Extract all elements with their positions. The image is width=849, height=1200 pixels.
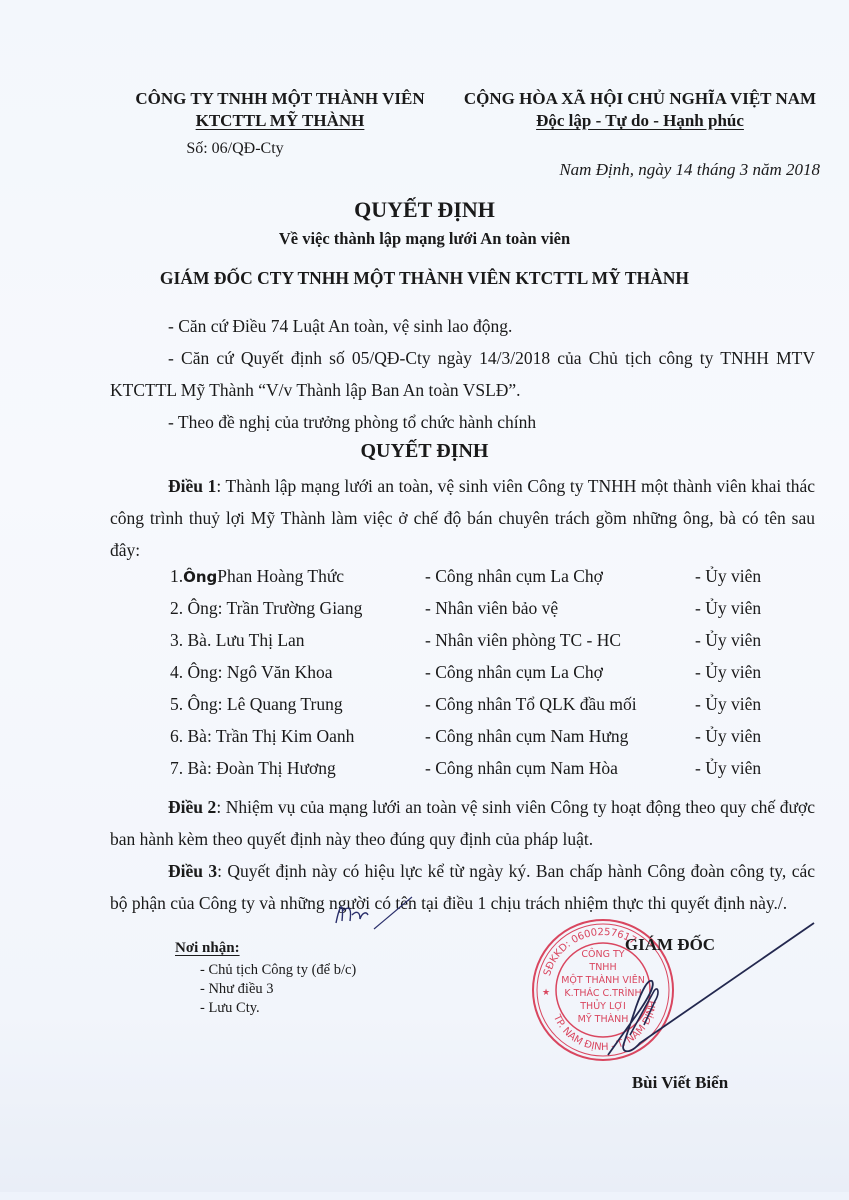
recipient-item: - Như điều 3 [200, 981, 274, 998]
basis-3: - Theo đề nghị của trưởng phòng tổ chức … [110, 406, 815, 438]
member-row: 6. Bà: Trần Thị Kim Oanh- Công nhân cụm … [170, 726, 810, 758]
doc-number: Số: 06/QĐ-Cty [100, 140, 370, 158]
member-role: - Ủy viên [695, 662, 761, 683]
member-name: 4. Ông: Ngô Văn Khoa [170, 662, 333, 683]
member-position: - Công nhân cụm Nam Hưng [425, 726, 628, 747]
member-position: - Công nhân Tổ QLK đầu mối [425, 694, 637, 715]
member-row: 3. Bà. Lưu Thị Lan- Nhân viên phòng TC -… [170, 630, 810, 662]
member-position: - Công nhân cụm La Chợ [425, 662, 603, 683]
member-row: 7. Bà: Đoàn Thị Hương- Công nhân cụm Nam… [170, 758, 810, 790]
place-date: Nam Định, ngày 14 tháng 3 năm 2018 [460, 160, 820, 180]
article-3-label: Điều 3 [168, 861, 217, 881]
member-row: 1.ÔngPhan Hoàng Thức- Công nhân cụm La C… [170, 566, 810, 598]
member-name: 1.ÔngPhan Hoàng Thức [170, 566, 344, 587]
article-1: Điều 1: Thành lập mạng lưới an toàn, vệ … [110, 470, 815, 566]
recipients-title: Nơi nhận: [175, 940, 240, 957]
member-role: - Ủy viên [695, 566, 761, 587]
member-role: - Ủy viên [695, 758, 761, 779]
article-2-label: Điều 2 [168, 797, 216, 817]
national-motto: Độc lập - Tự do - Hạnh phúc [440, 110, 840, 132]
member-role: - Ủy viên [695, 694, 761, 715]
decision-heading: QUYẾT ĐỊNH [0, 440, 849, 463]
member-name: 2. Ông: Trần Trường Giang [170, 598, 362, 619]
document-page: CÔNG TY TNHH MỘT THÀNH VIÊN KTCTTL MỸ TH… [0, 0, 849, 1192]
member-row: 2. Ông: Trần Trường Giang- Nhân viên bảo… [170, 598, 810, 630]
document-subject: Về việc thành lập mạng lưới An toàn viên [0, 229, 849, 249]
article-2-text: : Nhiệm vụ của mạng lưới an toàn vệ sinh… [110, 797, 815, 849]
basis-1: - Căn cứ Điều 74 Luật An toàn, vệ sinh l… [110, 310, 815, 342]
document-title: QUYẾT ĐỊNH [0, 197, 849, 223]
issuer-title: GIÁM ĐỐC CTY TNHH MỘT THÀNH VIÊN KTCTTL … [0, 268, 849, 289]
member-position: - Nhân viên phòng TC - HC [425, 630, 621, 651]
member-name: 3. Bà. Lưu Thị Lan [170, 630, 305, 651]
nation-name: CỘNG HÒA XÃ HỘI CHỦ NGHĨA VIỆT NAM [440, 88, 840, 110]
svg-text:★: ★ [542, 988, 550, 998]
initial-signature-icon [330, 893, 420, 933]
member-name: 5. Ông: Lê Quang Trung [170, 694, 343, 715]
org-name-line2: KTCTTL MỸ THÀNH [100, 110, 460, 132]
nation-header: CỘNG HÒA XÃ HỘI CHỦ NGHĨA VIỆT NAM Độc l… [440, 88, 840, 132]
member-name: 7. Bà: Đoàn Thị Hương [170, 758, 336, 779]
article-3: Điều 3: Quyết định này có hiệu lực kể từ… [110, 855, 815, 919]
article-1-label: Điều 1 [168, 476, 216, 496]
member-position: - Nhân viên bảo vệ [425, 598, 558, 619]
director-signature-icon [600, 915, 820, 1065]
member-row: 5. Ông: Lê Quang Trung- Công nhân Tổ QLK… [170, 694, 810, 726]
member-position: - Công nhân cụm Nam Hòa [425, 758, 618, 779]
signer-name: Bùi Viết Biển [600, 1073, 760, 1093]
article-1-text: : Thành lập mạng lưới an toàn, vệ sinh v… [110, 476, 815, 560]
member-role: - Ủy viên [695, 598, 761, 619]
member-role: - Ủy viên [695, 630, 761, 651]
basis-2: - Căn cứ Quyết định số 05/QĐ-Cty ngày 14… [110, 342, 815, 406]
recipient-item: - Lưu Cty. [200, 1000, 260, 1017]
org-header: CÔNG TY TNHH MỘT THÀNH VIÊN KTCTTL MỸ TH… [100, 88, 460, 132]
recipient-item: - Chủ tịch Công ty (để b/c) [200, 962, 356, 979]
member-row: 4. Ông: Ngô Văn Khoa- Công nhân cụm La C… [170, 662, 810, 694]
org-name-line1: CÔNG TY TNHH MỘT THÀNH VIÊN [100, 88, 460, 110]
member-role: - Ủy viên [695, 726, 761, 747]
member-name: 6. Bà: Trần Thị Kim Oanh [170, 726, 354, 747]
member-position: - Công nhân cụm La Chợ [425, 566, 603, 587]
article-2: Điều 2: Nhiệm vụ của mạng lưới an toàn v… [110, 791, 815, 855]
